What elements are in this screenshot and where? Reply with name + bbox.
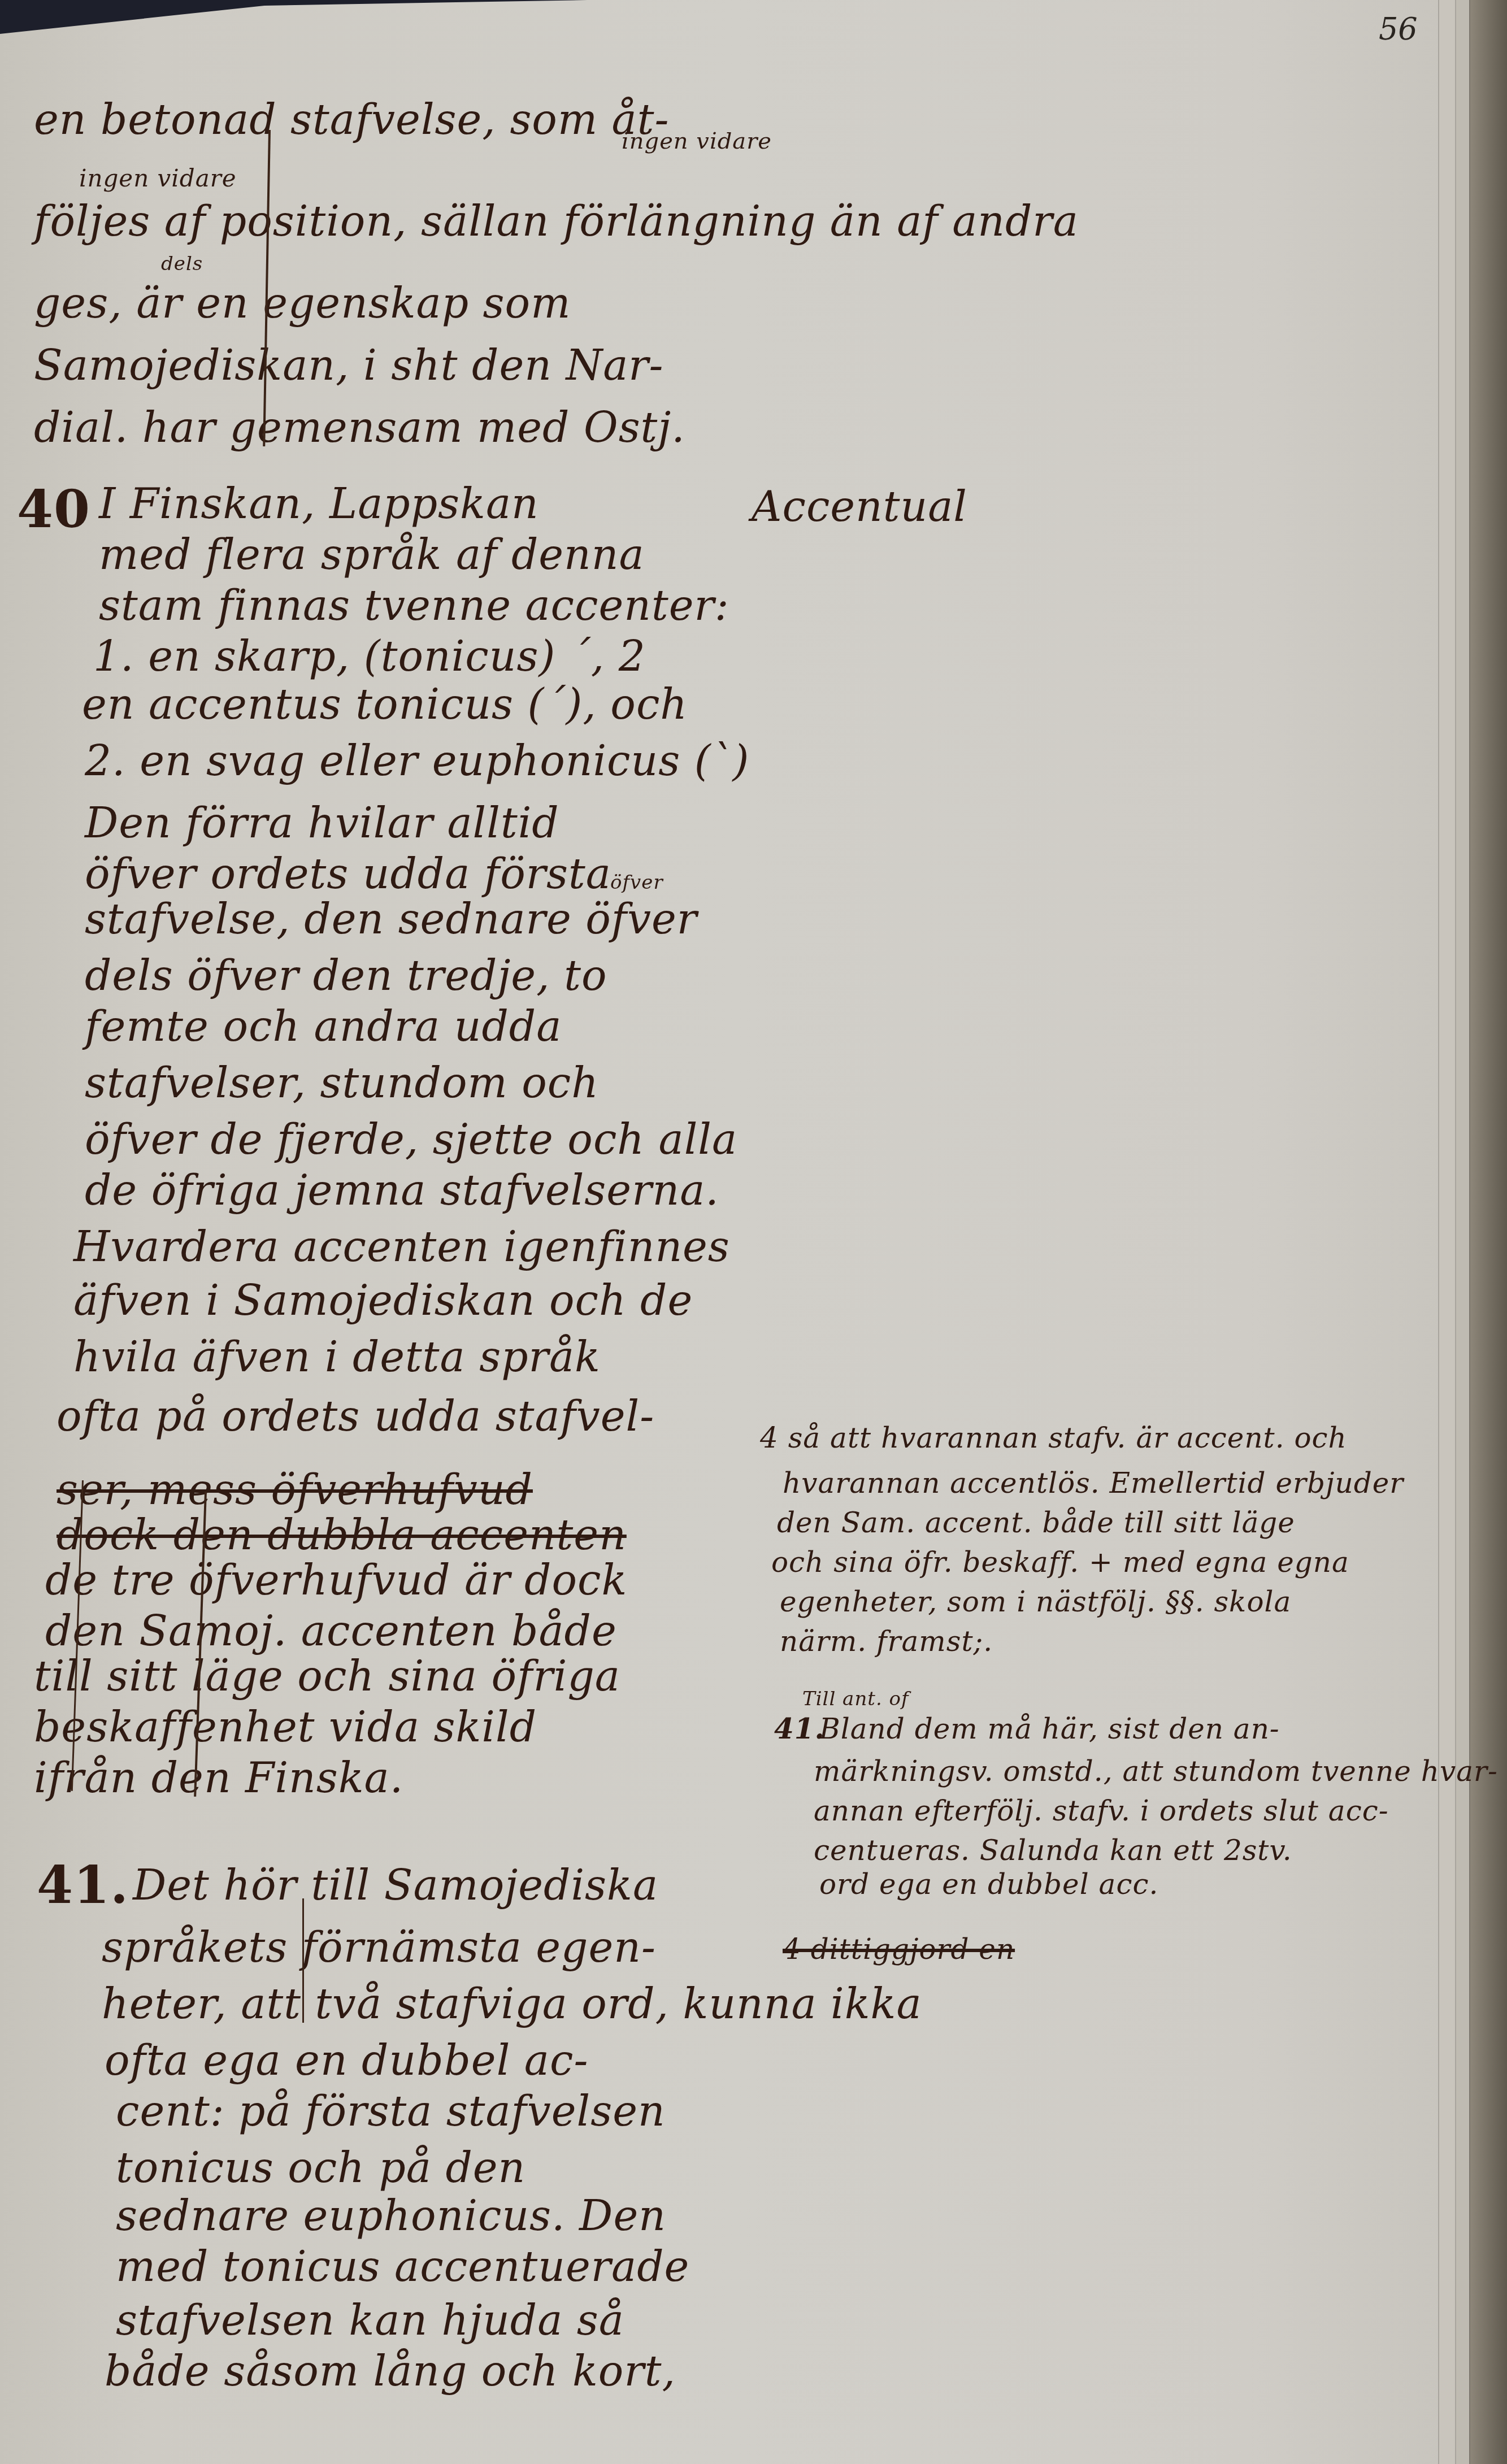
text-line: sednare euphonicus. Den bbox=[116, 2195, 666, 2237]
interlinear-note: ingen vidare bbox=[79, 167, 237, 190]
note-line: märkningsv. omstd., att stundom tvenne h… bbox=[814, 1757, 1498, 1785]
interlinear-note: öfver bbox=[610, 873, 663, 892]
text-line: de tre öfverhufvud är dock bbox=[45, 1559, 627, 1601]
struck-text-line: dock den dubbla accenten bbox=[57, 1514, 627, 1556]
struck-side-note: 4 dittiggjord en bbox=[783, 1935, 1015, 1963]
page-edge bbox=[1455, 0, 1470, 2464]
note-line: Bland dem må här, sist den an- bbox=[819, 1715, 1280, 1743]
text-line: femte och andra udda bbox=[85, 1006, 562, 1048]
note-line: närm. framst;. bbox=[780, 1627, 993, 1655]
text-line: stafvelsen kan hjuda så bbox=[116, 2300, 624, 2341]
text-line: Samojediskan, i sht den Nar- bbox=[34, 345, 664, 386]
note-line: centueras. Salunda kan ett 2stv. bbox=[814, 1836, 1292, 1865]
text-line: dels öfver den tredje, to bbox=[85, 955, 607, 997]
text-line: ofta på ordets udda stafvel- bbox=[57, 1396, 654, 1437]
note-annotation: Till ant. of bbox=[802, 1689, 909, 1709]
text-line: tonicus och på den bbox=[116, 2147, 526, 2189]
text-line: öfver de fjerde, sjette och alla bbox=[85, 1119, 737, 1161]
text-line: språkets förnämsta egen- bbox=[102, 1927, 656, 1968]
text-line: stafvelser, stundom och bbox=[85, 1062, 599, 1104]
text-line: en accentus tonicus (´), och bbox=[82, 684, 688, 725]
text-line: de öfriga jemna stafvelserna. bbox=[85, 1170, 719, 1211]
text-line: öfver ordets udda första bbox=[85, 853, 611, 895]
text-line: både såsom lång och kort, bbox=[105, 2350, 676, 2392]
interlinear-note: dels bbox=[161, 254, 203, 273]
note-line: ord ega en dubbel acc. bbox=[819, 1870, 1158, 1898]
page-number: 56 bbox=[1379, 11, 1418, 47]
note-line: hvarannan accentlös. Emellertid erbjuder bbox=[783, 1469, 1404, 1497]
text-line: äfven i Samojediskan och de bbox=[73, 1280, 693, 1322]
text-line: ifrån den Finska. bbox=[34, 1757, 403, 1799]
text-line: till sitt läge och sina öfriga bbox=[34, 1655, 620, 1697]
text-line: hvila äfven i detta språk bbox=[73, 1336, 601, 1378]
text-line: med flera språk af denna bbox=[99, 534, 645, 576]
text-line: ofta ega en dubbel ac- bbox=[105, 2040, 588, 2081]
text-line: heter, att två stafviga ord, kunna ikka bbox=[102, 1983, 922, 2025]
note-line: 4 så att hvarannan stafv. är accent. och bbox=[760, 1424, 1347, 1452]
margin-heading: Accentual bbox=[752, 486, 967, 528]
text-line: ges, är en egenskap som bbox=[34, 283, 571, 324]
page-edge bbox=[1438, 0, 1456, 2464]
text-line: beskaffenhet vida skild bbox=[34, 1706, 537, 1748]
section-number: 40 bbox=[17, 483, 90, 535]
bracket-pen-stroke bbox=[302, 1898, 304, 2023]
text-line: I Finskan, Lappskan bbox=[99, 483, 539, 525]
text-line: cent: på första stafvelsen bbox=[116, 2091, 666, 2132]
text-line: med tonicus accentuerade bbox=[116, 2246, 689, 2288]
text-line: stafvelse, den sednare öfver bbox=[85, 898, 697, 940]
section-number: 41. bbox=[37, 1859, 129, 1911]
struck-text-line: ser, mess öfverhufvud bbox=[57, 1469, 533, 1511]
text-line: följes af position, sällan förlängning ä… bbox=[34, 201, 1079, 242]
note-line: annan efterfölj. stafv. i ordets slut ac… bbox=[814, 1797, 1389, 1825]
text-line: 2. en svag eller euphonicus (`) bbox=[85, 740, 749, 782]
text-line: en betonad stafvelse, som åt- bbox=[34, 99, 669, 141]
note-line: och sina öfr. beskaff. + med egna egna bbox=[771, 1548, 1349, 1576]
note-line: egenheter, som i nästfölj. §§. skola bbox=[780, 1588, 1291, 1616]
text-line: dial. har gemensam med Ostj. bbox=[34, 407, 685, 449]
note-number: 41. bbox=[774, 1715, 825, 1743]
text-line: stam finnas tvenne accenter: bbox=[99, 585, 729, 627]
text-line: Hvardera accenten igenfinnes bbox=[73, 1226, 730, 1268]
text-line: Det hör till Samojediska bbox=[133, 1865, 658, 1906]
note-line: den Sam. accent. både till sitt läge bbox=[777, 1509, 1295, 1537]
text-line: 1. en skarp, (tonicus) ´, 2 bbox=[93, 636, 646, 677]
book-spine-edge bbox=[1469, 0, 1507, 2464]
text-line: Den förra hvilar alltid bbox=[85, 802, 559, 844]
text-line: den Samoj. accenten både bbox=[45, 1610, 617, 1652]
interlinear-note: ingen vidare bbox=[622, 130, 772, 153]
